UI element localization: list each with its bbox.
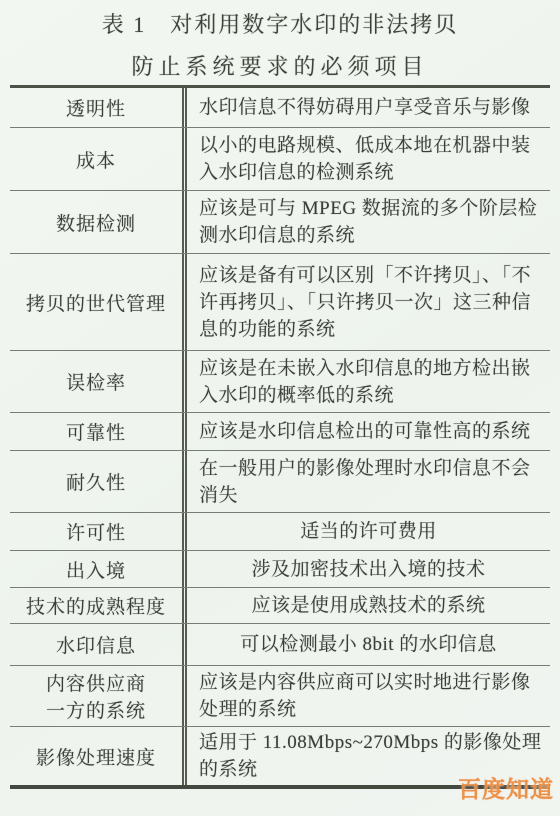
term-label: 影像处理速度	[36, 743, 156, 770]
scanned-document-page: 表 1 对利用数字水印的非法拷贝 防止系统要求的必须项目 透明性 水印信息不得妨…	[0, 0, 560, 816]
term-label: 误检率	[66, 368, 126, 395]
table-caption-line1: 表 1 对利用数字水印的非法拷贝	[0, 8, 560, 39]
term-cell: 误检率	[10, 351, 182, 412]
description-cell: 水印信息不得妨碍用户享受音乐与影像	[182, 88, 550, 127]
description-cell: 应该是可与 MPEG 数据流的多个阶层检测水印信息的系统	[182, 191, 550, 253]
term-cell: 透明性	[10, 88, 182, 127]
term-label: 许可性	[66, 518, 126, 545]
table-row: 内容供应商一方的系统 应该是内容供应商可以实时地进行影像处理的系统	[10, 666, 550, 727]
term-cell: 拷贝的世代管理	[10, 254, 182, 350]
term-cell: 数据检测	[10, 191, 182, 253]
table-caption-line2: 防止系统要求的必须项目	[0, 50, 560, 81]
term-cell: 成本	[10, 128, 182, 190]
table-row: 水印信息 可以检测最小 8bit 的水印信息	[10, 624, 550, 666]
description-cell: 应该是内容供应商可以实时地进行影像处理的系统	[182, 666, 550, 726]
term-label: 成本	[76, 146, 116, 173]
term-cell: 内容供应商一方的系统	[10, 666, 182, 726]
description-cell: 应该是在未嵌入水印信息的地方检出嵌入水印的概率低的系统	[182, 351, 550, 412]
term-label: 耐久性	[66, 468, 126, 495]
description-cell: 在一般用户的影像处理时水印信息不会消失	[182, 451, 550, 512]
table-row: 出入境 涉及加密技术出入境的技术	[10, 551, 550, 588]
term-cell: 影像处理速度	[10, 727, 182, 785]
term-label: 可靠性	[66, 418, 126, 445]
table-row: 耐久性 在一般用户的影像处理时水印信息不会消失	[10, 451, 550, 513]
term-cell: 可靠性	[10, 413, 182, 450]
table-row: 成本 以小的电路规模、低成本地在机器中装入水印信息的检测系统	[10, 128, 550, 191]
description-cell: 涉及加密技术出入境的技术	[182, 551, 550, 587]
table-row: 技术的成熟程度 应该是使用成熟技术的系统	[10, 588, 550, 624]
term-label-line2: 一方的系统	[46, 696, 146, 723]
term-label: 出入境	[66, 556, 126, 583]
description-cell: 适当的许可费用	[182, 513, 550, 550]
term-cell: 出入境	[10, 551, 182, 587]
table-row: 影像处理速度 适用于 11.08Mbps~270Mbps 的影像处理的系统	[10, 727, 550, 785]
requirements-table: 透明性 水印信息不得妨碍用户享受音乐与影像 成本 以小的电路规模、低成本地在机器…	[10, 85, 550, 789]
term-cell: 许可性	[10, 513, 182, 550]
description-cell: 应该是使用成熟技术的系统	[182, 588, 550, 623]
table-row: 透明性 水印信息不得妨碍用户享受音乐与影像	[10, 88, 550, 128]
term-cell: 耐久性	[10, 451, 182, 512]
table-caption: 表 1 对利用数字水印的非法拷贝 防止系统要求的必须项目	[0, 8, 560, 81]
table-row: 拷贝的世代管理 应该是备有可以区别「不许拷贝」、「不许再拷贝」、「只许拷贝一次」…	[10, 254, 550, 351]
term-label: 内容供应商	[46, 669, 146, 696]
description-cell: 以小的电路规模、低成本地在机器中装入水印信息的检测系统	[182, 128, 550, 190]
term-label: 数据检测	[56, 209, 136, 236]
description-cell: 可以检测最小 8bit 的水印信息	[182, 624, 550, 665]
table-row: 许可性 适当的许可费用	[10, 513, 550, 551]
term-label: 透明性	[66, 94, 126, 121]
description-cell: 适用于 11.08Mbps~270Mbps 的影像处理的系统	[182, 727, 550, 785]
term-label: 水印信息	[56, 631, 136, 658]
table-row: 数据检测 应该是可与 MPEG 数据流的多个阶层检测水印信息的系统	[10, 191, 550, 254]
term-label: 技术的成熟程度	[26, 592, 166, 619]
description-cell: 应该是水印信息检出的可靠性高的系统	[182, 413, 550, 450]
table-row: 误检率 应该是在未嵌入水印信息的地方检出嵌入水印的概率低的系统	[10, 351, 550, 413]
description-cell: 应该是备有可以区别「不许拷贝」、「不许再拷贝」、「只许拷贝一次」这三种信息的功能…	[182, 254, 550, 350]
term-cell: 技术的成熟程度	[10, 588, 182, 623]
table-row: 可靠性 应该是水印信息检出的可靠性高的系统	[10, 413, 550, 451]
term-label: 拷贝的世代管理	[26, 289, 166, 316]
term-cell: 水印信息	[10, 624, 182, 665]
